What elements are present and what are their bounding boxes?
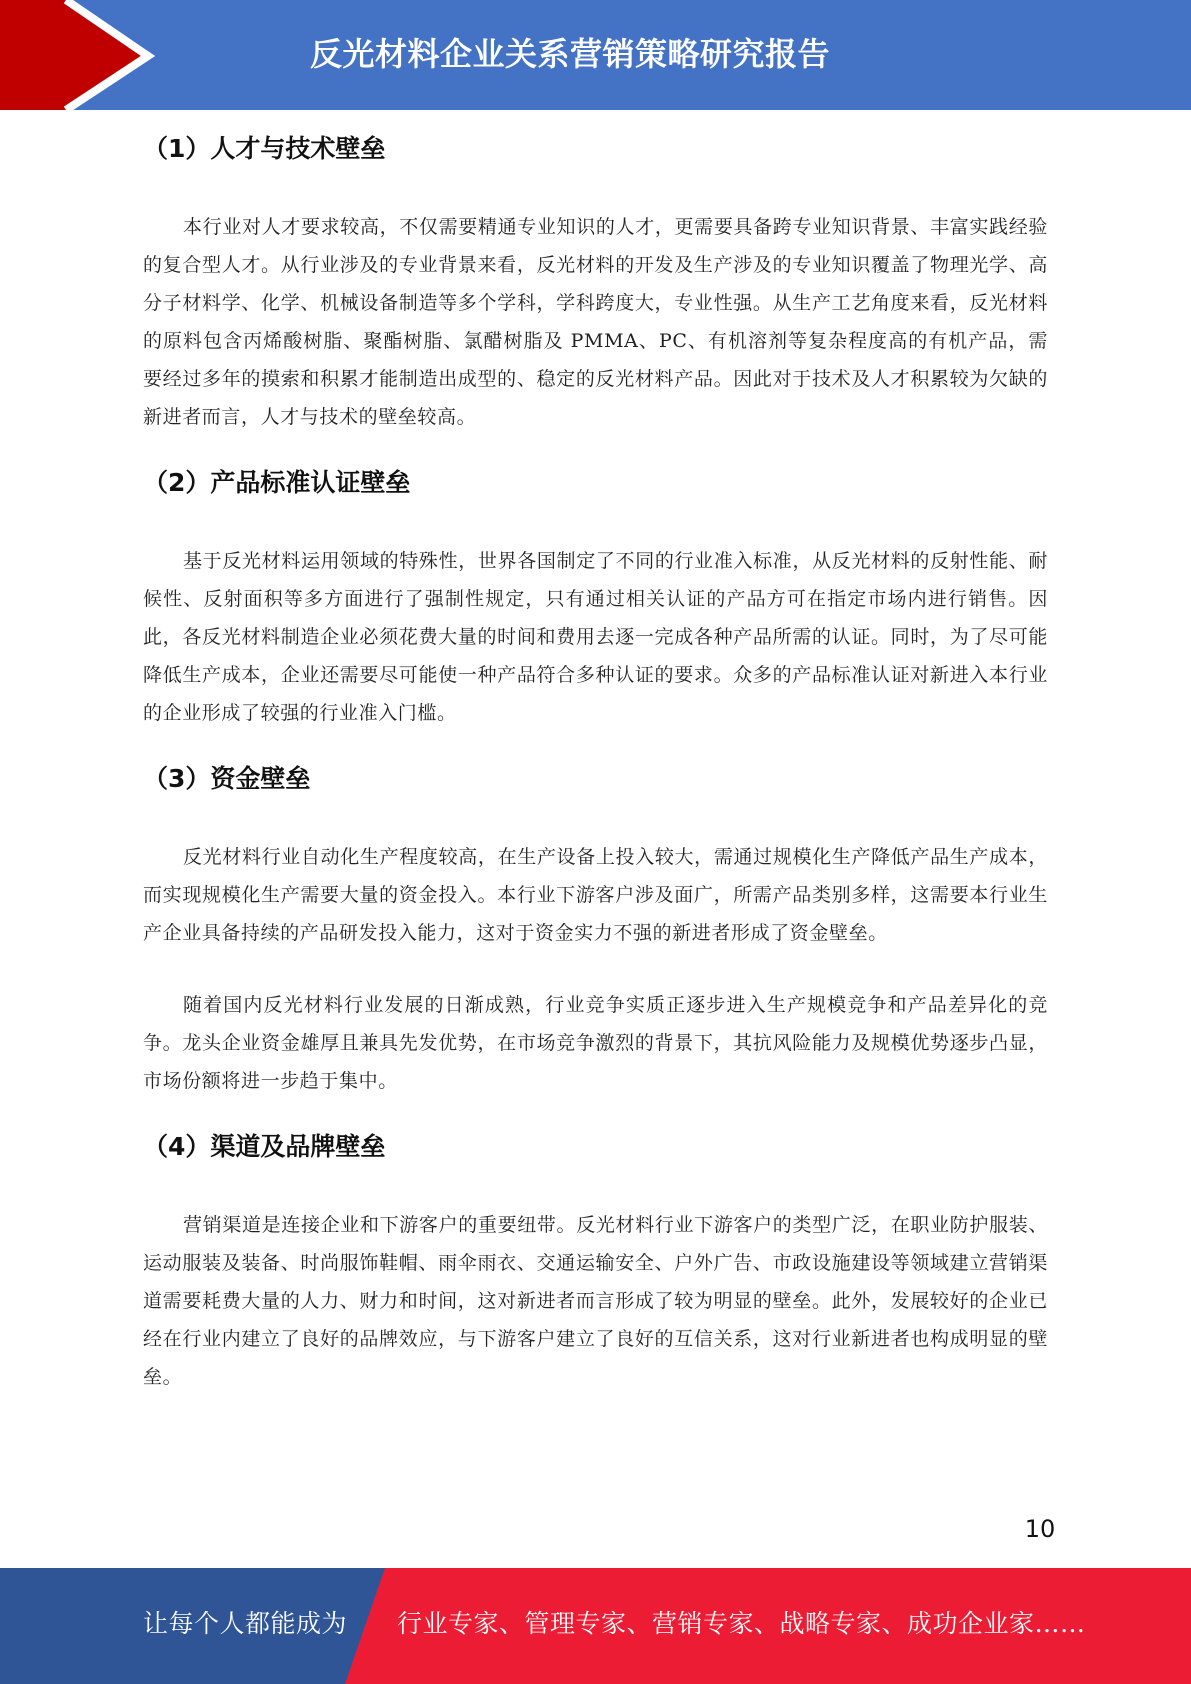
paragraph: 本行业对人才要求较高，不仅需要精通专业知识的人才，更需要具备跨专业知识背景、丰富… — [143, 208, 1048, 436]
section-channel-brand-barrier: （4）渠道及品牌壁垒 营销渠道是连接企业和下游客户的重要纽带。反光材料行业下游客… — [143, 1124, 1048, 1396]
footer-slogan-left: 让每个人都能成为 — [143, 1604, 347, 1644]
header-banner: 反光材料企业关系营销策略研究报告 — [0, 0, 1191, 110]
section-heading: （4）渠道及品牌壁垒 — [143, 1124, 1048, 1170]
red-arrow-icon — [0, 0, 160, 110]
report-title: 反光材料企业关系营销策略研究报告 — [310, 28, 830, 80]
footer-banner: 让每个人都能成为 行业专家、管理专家、营销专家、战略专家、成功企业家…… — [0, 1568, 1191, 1684]
footer-slogan-right: 行业专家、管理专家、营销专家、战略专家、成功企业家…… — [397, 1604, 1086, 1644]
paragraph: 随着国内反光材料行业发展的日渐成熟，行业竞争实质正逐步进入生产规模竞争和产品差异… — [143, 986, 1048, 1100]
section-talent-tech-barrier: （1）人才与技术壁垒 本行业对人才要求较高，不仅需要精通专业知识的人才，更需要具… — [143, 126, 1048, 436]
section-heading: （1）人才与技术壁垒 — [143, 126, 1048, 172]
section-heading: （3）资金壁垒 — [143, 756, 1048, 802]
document-body: （1）人才与技术壁垒 本行业对人才要求较高，不仅需要精通专业知识的人才，更需要具… — [143, 126, 1048, 1396]
section-heading: （2）产品标准认证壁垒 — [143, 460, 1048, 506]
paragraph: 营销渠道是连接企业和下游客户的重要纽带。反光材料行业下游客户的类型广泛，在职业防… — [143, 1206, 1048, 1396]
paragraph: 反光材料行业自动化生产程度较高，在生产设备上投入较大，需通过规模化生产降低产品生… — [143, 838, 1048, 952]
section-capital-barrier: （3）资金壁垒 反光材料行业自动化生产程度较高，在生产设备上投入较大，需通过规模… — [143, 756, 1048, 1100]
page-number: 10 — [1010, 1515, 1070, 1543]
section-certification-barrier: （2）产品标准认证壁垒 基于反光材料运用领域的特殊性，世界各国制定了不同的行业准… — [143, 460, 1048, 732]
paragraph: 基于反光材料运用领域的特殊性，世界各国制定了不同的行业准入标准，从反光材料的反射… — [143, 542, 1048, 732]
